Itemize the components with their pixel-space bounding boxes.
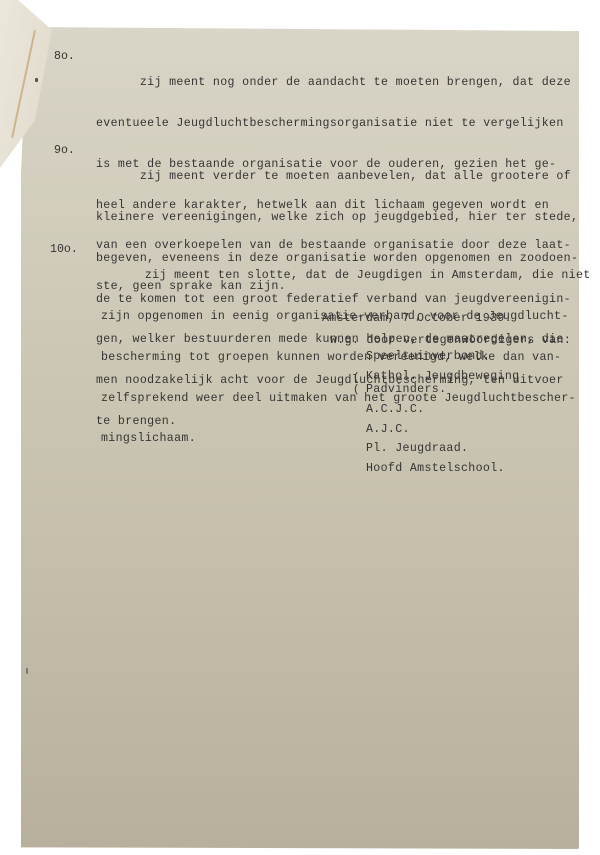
organisation-item: Speeltuinverbond. <box>322 350 571 364</box>
paragraph-number: 8o. <box>54 50 75 64</box>
signed-by-line: w.g. door vertegenwoordigers van: <box>322 334 571 348</box>
text-line: eventueele Jeugdluchtbeschermingsorganis… <box>96 117 571 131</box>
paragraph-number: 10o. <box>50 243 78 257</box>
organisation-item: A.C.J.C. <box>322 403 571 417</box>
text-line: kleinere vereenigingen, welke zich op je… <box>96 211 578 225</box>
organisation-item: A.J.C. <box>322 423 571 437</box>
organisation-item: Hoofd Amstelschool. <box>322 462 571 476</box>
place-date: Amsterdam, 7 October 1939. <box>322 312 571 326</box>
grouping-brace: ( ( <box>353 372 360 396</box>
organisation-item: Pl. Jeugdraad. <box>322 442 571 456</box>
text-line: zij meent nog onder de aandacht te moete… <box>96 76 571 90</box>
paper-speck <box>26 668 28 674</box>
text-line: zij meent verder te moeten aanbevelen, d… <box>96 170 578 184</box>
text-line: zij meent ten slotte, dat de Jeugdigen i… <box>101 269 591 283</box>
paragraph-number: 9o. <box>54 144 75 158</box>
paper-speck <box>35 78 38 82</box>
